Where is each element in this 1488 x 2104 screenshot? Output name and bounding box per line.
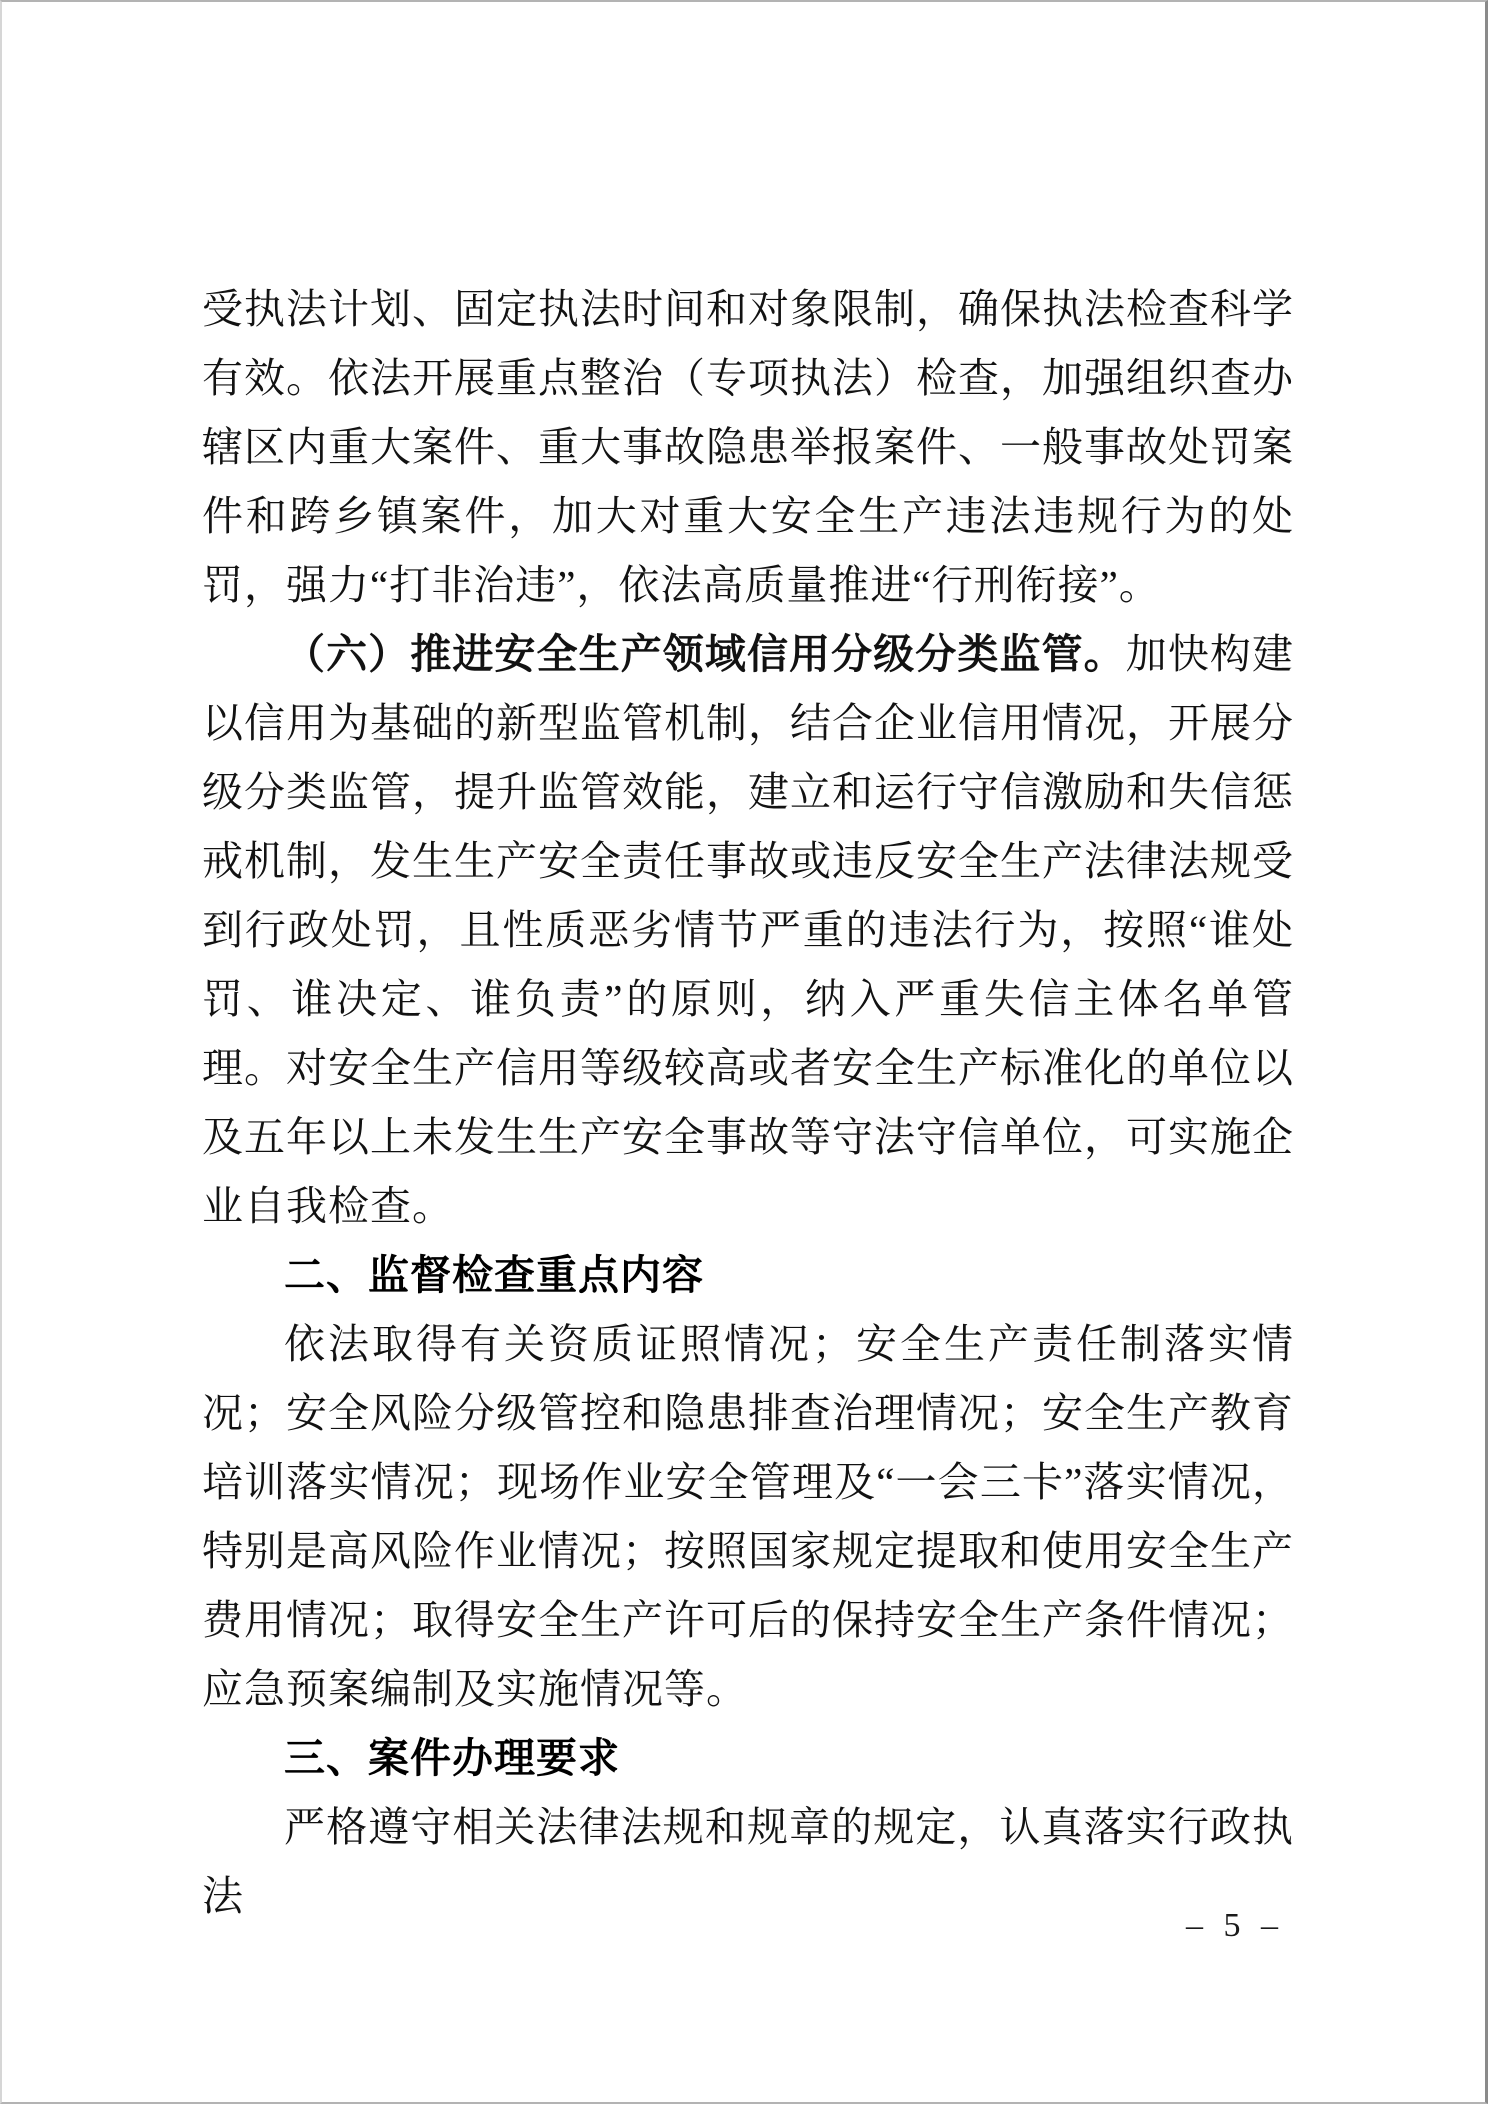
paragraph: （六）推进安全生产领域信用分级分类监管。加快构建以信用为基础的新型监管机制，结合… <box>202 620 1294 1241</box>
paragraph: 受执法计划、固定执法时间和对象限制，确保执法检查科学有效。依法开展重点整治（专项… <box>202 275 1294 620</box>
document-body: 受执法计划、固定执法时间和对象限制，确保执法检查科学有效。依法开展重点整治（专项… <box>202 275 1294 1931</box>
page-number: – 5 – <box>1180 1907 1290 1945</box>
paragraph-lead: （六）推进安全生产领域信用分级分类监管。 <box>284 631 1126 677</box>
document-page: 受执法计划、固定执法时间和对象限制，确保执法检查科学有效。依法开展重点整治（专项… <box>0 0 1488 2104</box>
paragraph: 依法取得有关资质证照情况；安全生产责任制落实情况；安全风险分级管控和隐患排查治理… <box>202 1310 1294 1724</box>
paragraph: 严格遵守相关法律法规和规章的规定，认真落实行政执法 <box>202 1793 1294 1931</box>
section-heading: 三、案件办理要求 <box>202 1724 1294 1793</box>
paragraph-text: 加快构建以信用为基础的新型监管机制，结合企业信用情况，开展分级分类监管，提升监管… <box>202 631 1294 1229</box>
section-heading: 二、监督检查重点内容 <box>202 1241 1294 1310</box>
